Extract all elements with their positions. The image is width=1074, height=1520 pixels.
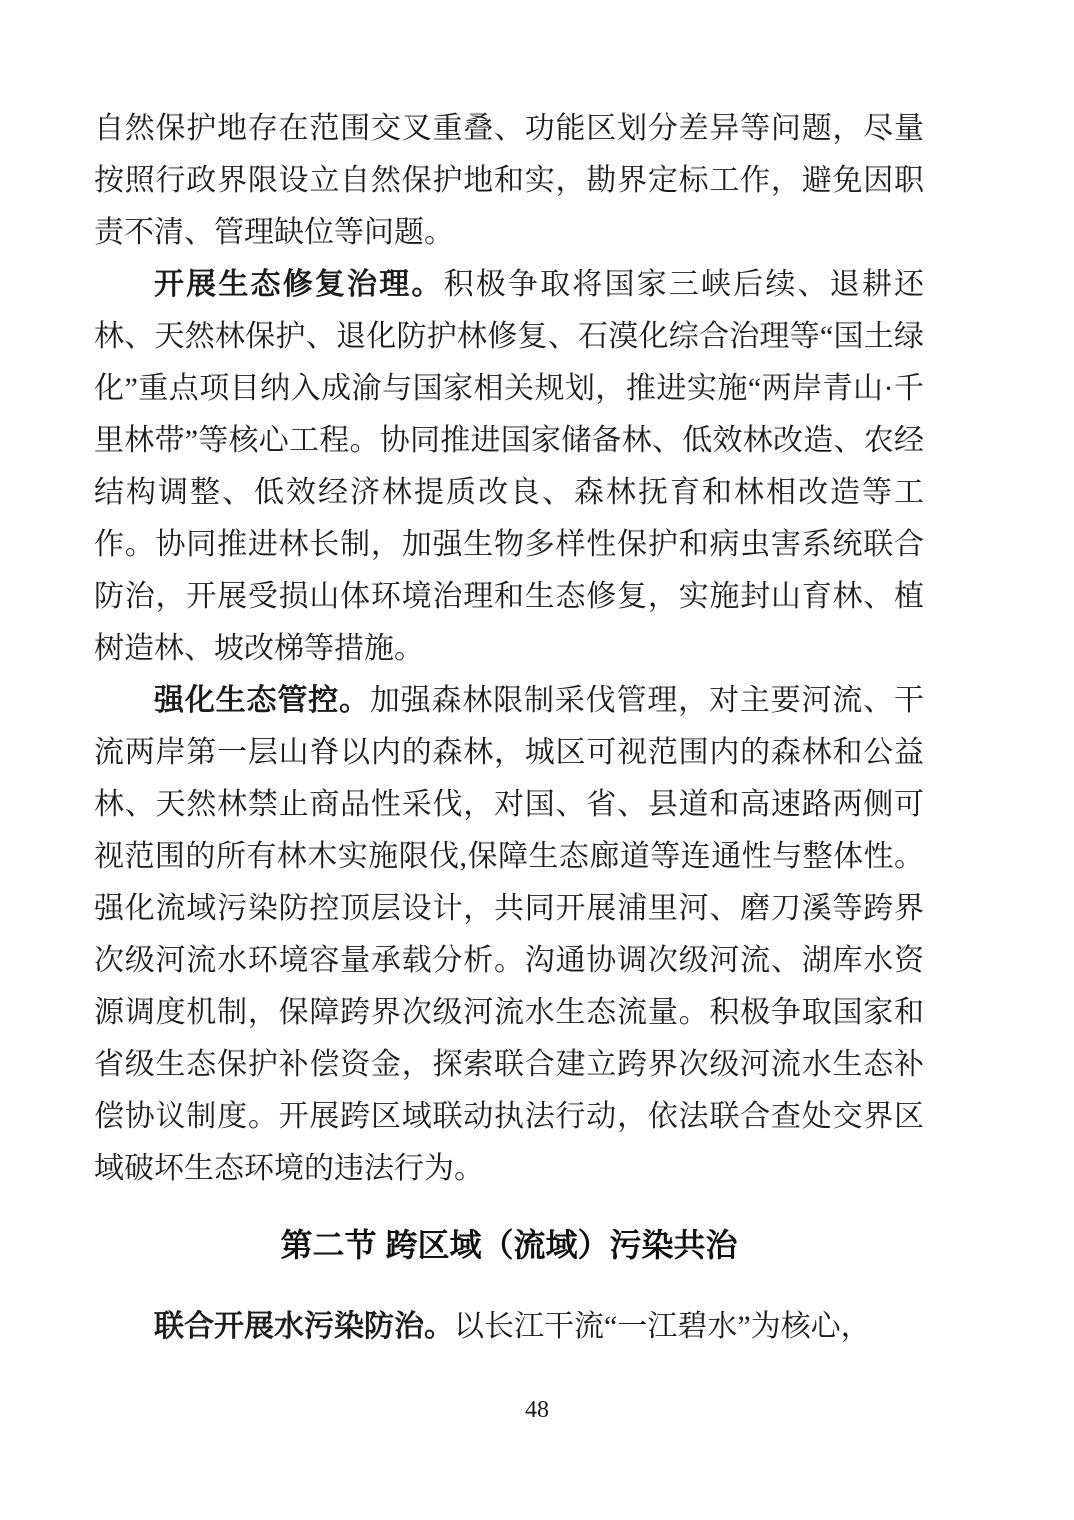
page-number: 48 xyxy=(0,1397,1074,1424)
paragraph-text: 以长江干流“一江碧水”为核心， xyxy=(454,1310,871,1343)
paragraph-lead: 开展生态修复治理。 xyxy=(154,268,444,301)
paragraph-continuation: 自然保护地存在范围交叉重叠、功能区划分差异等问题，尽量按照行政界限设立自然保护地… xyxy=(94,103,924,259)
paragraph-water-pollution: 联合开展水污染防治。以长江干流“一江碧水”为核心， xyxy=(94,1301,924,1353)
document-page: 自然保护地存在范围交叉重叠、功能区划分差异等问题，尽量按照行政界限设立自然保护地… xyxy=(0,0,1074,1520)
document-body: 自然保护地存在范围交叉重叠、功能区划分差异等问题，尽量按照行政界限设立自然保护地… xyxy=(94,103,924,1353)
paragraph-text: 积极争取将国家三峡后续、退耕还林、天然林保护、退化防护林修复、石漠化综合治理等“… xyxy=(94,268,924,665)
section-heading: 第二节 跨区域（流域）污染共治 xyxy=(94,1219,924,1271)
paragraph-lead: 联合开展水污染防治。 xyxy=(154,1310,454,1343)
paragraph-lead: 强化生态管控。 xyxy=(154,684,370,717)
paragraph-text: 自然保护地存在范围交叉重叠、功能区划分差异等问题，尽量按照行政界限设立自然保护地… xyxy=(94,112,924,249)
paragraph-ecological-restoration: 开展生态修复治理。积极争取将国家三峡后续、退耕还林、天然林保护、退化防护林修复、… xyxy=(94,259,924,675)
paragraph-ecological-control: 强化生态管控。加强森林限制采伐管理，对主要河流、干流两岸第一层山脊以内的森林，城… xyxy=(94,675,924,1195)
paragraph-text: 加强森林限制采伐管理，对主要河流、干流两岸第一层山脊以内的森林，城区可视范围内的… xyxy=(94,684,924,1185)
